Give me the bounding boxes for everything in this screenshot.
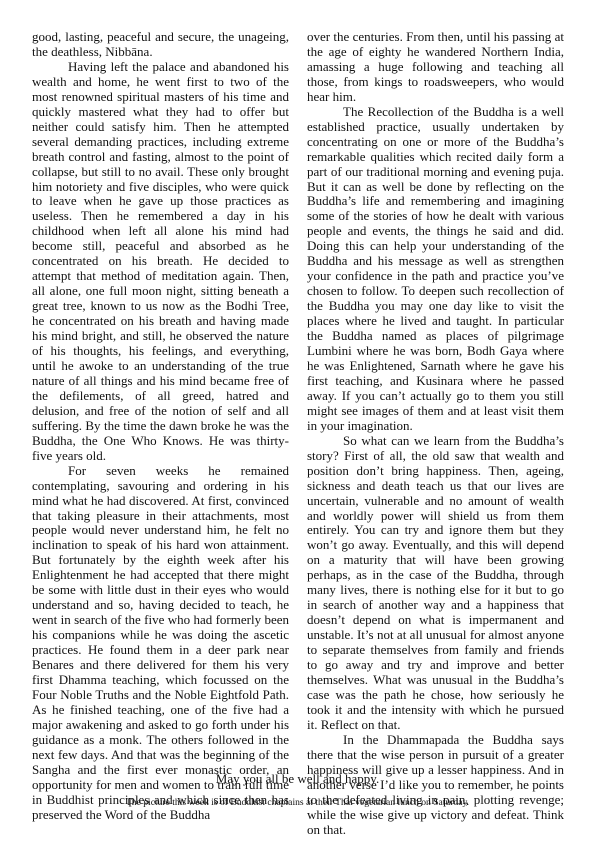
document-page: good, lasting, peaceful and secure, the … [0,0,595,842]
paragraph: So what can we learn from the Buddha’s s… [307,434,564,733]
closing-line: May you all be well and happy. [0,771,595,787]
paragraph: For seven weeks he remained contemplatin… [32,464,289,823]
left-column: good, lasting, peaceful and secure, the … [32,30,289,823]
right-column: over the centuries. From then, until his… [307,30,564,837]
paragraph: Having left the palace and abandoned his… [32,60,289,464]
picture-caption: The picture this week is of Buddhist cha… [0,797,595,808]
paragraph: over the centuries. From then, until his… [307,30,564,105]
paragraph: The Recollection of the Buddha is a well… [307,105,564,434]
paragraph: good, lasting, peaceful and secure, the … [32,30,289,60]
